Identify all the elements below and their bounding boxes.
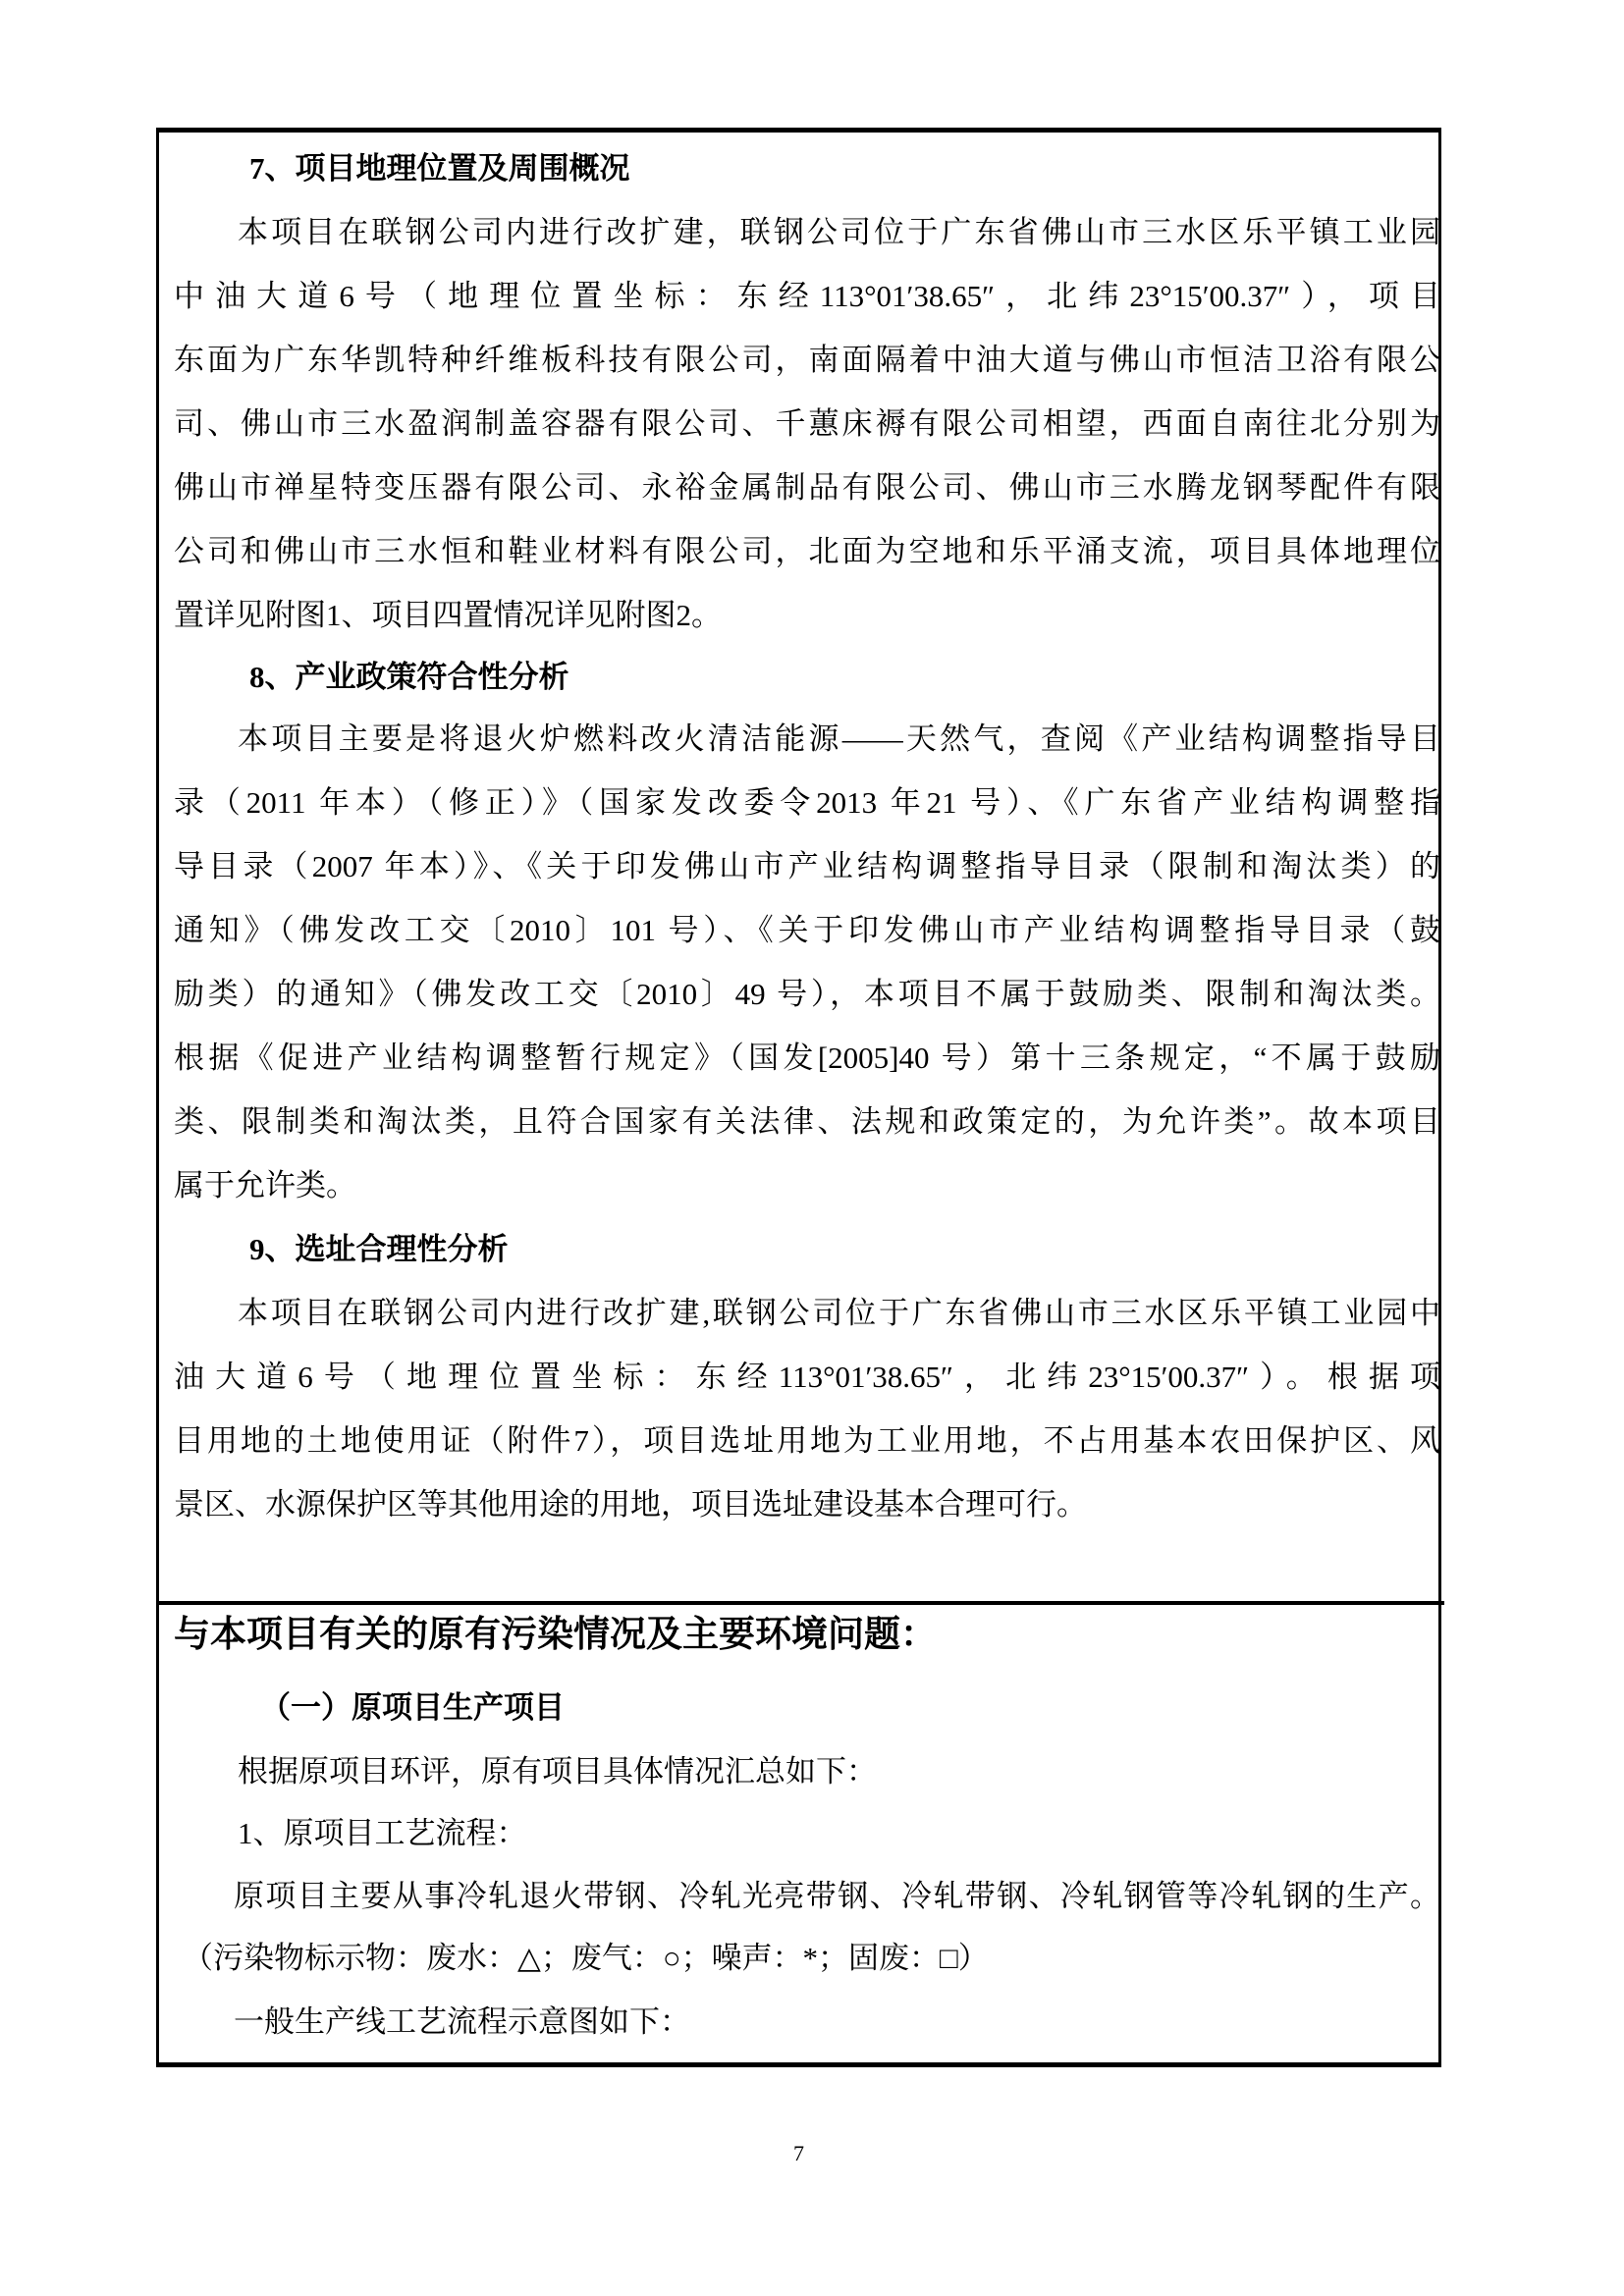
paragraph-line: 原项目主要从事冷轧退火带钢、冷轧光亮带钢、冷轧带钢、冷轧钢管等冷轧钢的生产。 bbox=[234, 1877, 1440, 1916]
table-row-divider bbox=[156, 1601, 1444, 1605]
paragraph-line: 励类）的通知》（佛发改工交〔2010〕49 号），本项目不属于鼓励类、限制和淘汰… bbox=[174, 975, 1440, 1014]
paragraph-line: 根据《促进产业结构调整暂行规定》（国发[2005]40 号）第十三条规定，“不属… bbox=[174, 1039, 1440, 1078]
paragraph-line: 中油大道6号（地理位置坐标：东经113°01′38.65″，北纬23°15′00… bbox=[174, 277, 1440, 316]
paragraph-line: 根据原项目环评，原有项目具体情况汇总如下： bbox=[238, 1752, 1504, 1791]
paragraph-line: 一般生产线工艺流程示意图如下： bbox=[234, 2002, 1500, 2042]
process-flow-label: 1、原项目工艺流程： bbox=[238, 1814, 1504, 1853]
paragraph-line: 司、佛山市三水盈润制盖容器有限公司、千蕙床褥有限公司相望，西面自南往北分别为 bbox=[174, 404, 1440, 444]
pollutant-legend: （污染物标示物：废水：△；废气：○；噪声：*；固废：□） bbox=[183, 1939, 1449, 1978]
paragraph-line: 本项目在联钢公司内进行改扩建，联钢公司位于广东省佛山市三水区乐平镇工业园 bbox=[238, 213, 1440, 252]
paragraph-line: 公司和佛山市三水恒和鞋业材料有限公司，北面为空地和乐平涌支流，项目具体地理位 bbox=[174, 532, 1440, 571]
paragraph-line: 属于允许类。 bbox=[174, 1166, 1440, 1205]
page-number: 7 bbox=[793, 2140, 804, 2167]
paragraph-line: 通知》（佛发改工交〔2010〕101 号）、《关于印发佛山市产业结构调整指导目录… bbox=[174, 911, 1440, 950]
original-project-subheading: （一）原项目生产项目 bbox=[260, 1688, 565, 1728]
paragraph-line: 东面为广东华凯特种纤维板科技有限公司，南面隔着中油大道与佛山市恒洁卫浴有限公 bbox=[174, 341, 1440, 380]
pollution-section-heading: 与本项目有关的原有污染情况及主要环境问题： bbox=[174, 1616, 937, 1655]
paragraph-line: 目用地的土地使用证（附件7），项目选址用地为工业用地，不占用基本农田保护区、风 bbox=[174, 1421, 1440, 1461]
paragraph-line: 佛山市禅星特变压器有限公司、永裕金属制品有限公司、佛山市三水腾龙钢琴配件有限 bbox=[174, 468, 1440, 507]
paragraph-line: 录（2011 年本）（修正）》（国家发改委令2013 年21 号）、《广东省产业… bbox=[174, 783, 1440, 823]
paragraph-line: 油大道6号（地理位置坐标：东经113°01′38.65″，北纬23°15′00.… bbox=[174, 1358, 1440, 1397]
paragraph-line: 置详见附图1、项目四置情况详见附图2。 bbox=[174, 596, 1440, 635]
paragraph-line: 本项目主要是将退火炉燃料改火清洁能源——天然气，查阅《产业结构调整指导目 bbox=[238, 720, 1440, 759]
section-8-heading: 8、产业政策符合性分析 bbox=[249, 658, 569, 697]
paragraph-line: 导目录（2007 年本）》、《关于印发佛山市产业结构调整指导目录（限制和淘汰类）… bbox=[174, 847, 1440, 886]
section-7-heading: 7、项目地理位置及周围概况 bbox=[249, 149, 630, 188]
paragraph-line: 景区、水源保护区等其他用途的用地，项目选址建设基本合理可行。 bbox=[174, 1485, 1440, 1524]
section-9-heading: 9、选址合理性分析 bbox=[249, 1230, 509, 1269]
paragraph-line: 本项目在联钢公司内进行改扩建,联钢公司位于广东省佛山市三水区乐平镇工业园中 bbox=[238, 1294, 1440, 1333]
paragraph-line: 类、限制类和淘汰类，且符合国家有关法律、法规和政策定的，为允许类”。故本项目 bbox=[174, 1102, 1440, 1142]
